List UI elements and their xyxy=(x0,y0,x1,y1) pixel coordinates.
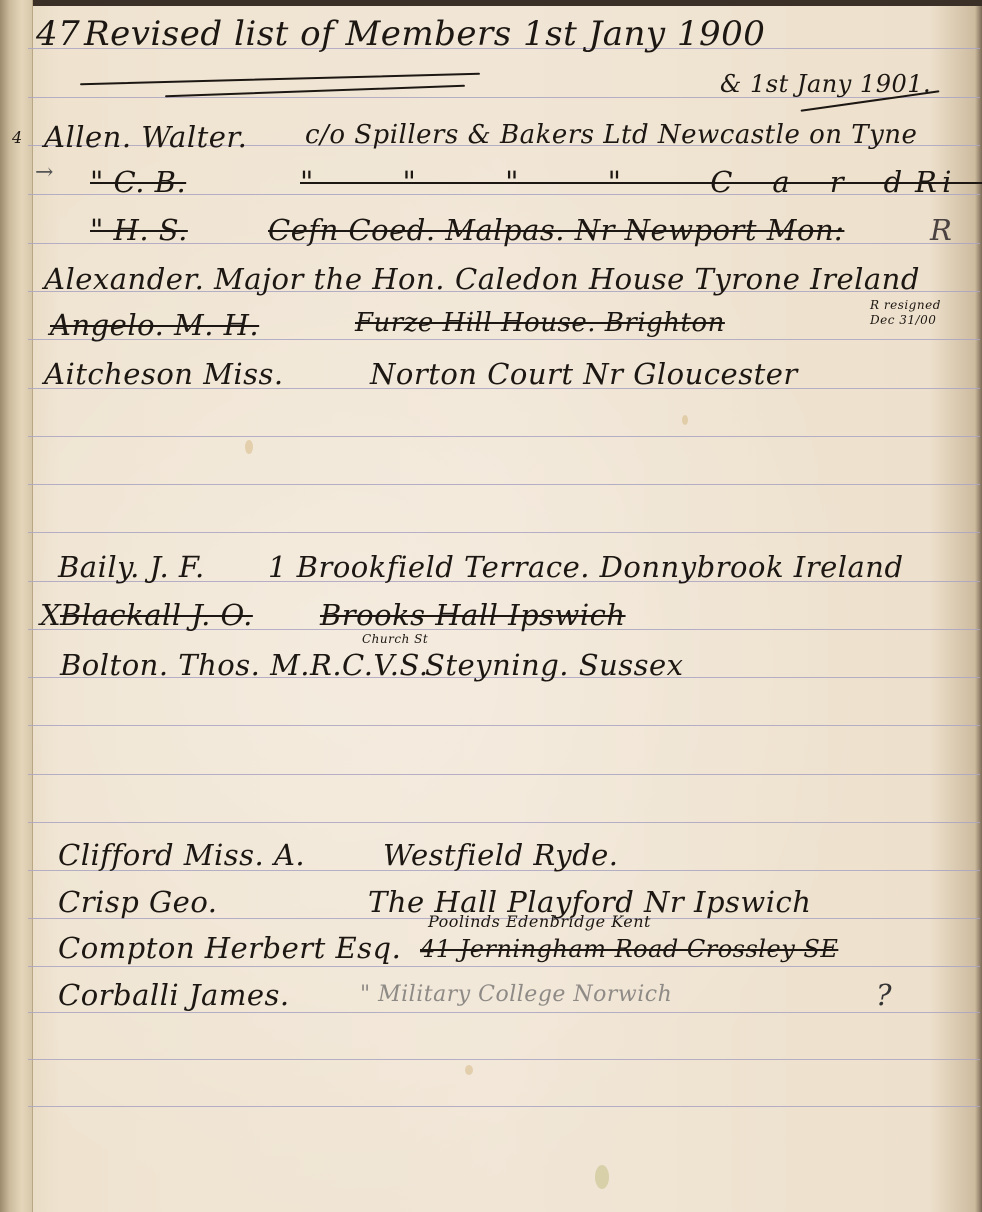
entry-note: R xyxy=(930,213,952,247)
ruled-line xyxy=(28,484,980,485)
page-title: Revised list of Members 1st Jany 1900 xyxy=(84,14,765,54)
entry-insertion: Church St xyxy=(362,632,428,646)
entry-name: " C. B. xyxy=(90,165,186,199)
entry-name: Blackall J. O. xyxy=(60,598,253,632)
entry-address: Brooks Hall Ipswich xyxy=(320,598,626,632)
paper-stain xyxy=(595,1165,609,1189)
page-number: 47 xyxy=(36,14,80,54)
ruled-line xyxy=(28,822,980,823)
entry-name: Crisp Geo. xyxy=(58,885,218,919)
entry-name: Compton Herbert Esq. xyxy=(58,931,401,965)
entry-address: Steyning. Sussex xyxy=(425,648,684,682)
entry-address: Caledon House Tyrone Ireland xyxy=(455,262,920,296)
entry-address: Furze Hill House. Brighton xyxy=(355,308,725,338)
entry-address: " " " " Cardiff xyxy=(300,165,860,199)
title-flourish xyxy=(80,73,480,85)
paper-stain xyxy=(245,440,253,454)
page-top-edge xyxy=(0,0,982,6)
entry-name: Angelo. M. H. xyxy=(50,308,259,342)
binding-edge xyxy=(0,0,33,1212)
entry-name: Allen. Walter. xyxy=(44,120,247,154)
entry-name: Clifford Miss. A. xyxy=(58,838,305,872)
entry-name: Corballi James. xyxy=(58,978,290,1012)
entry-name: Bolton. Thos. M.R.C.V.S. xyxy=(60,648,429,682)
entry-address-pencil: " Military College Norwich xyxy=(360,982,672,1007)
ledger-page: 47 Revised list of Members 1st Jany 1900… xyxy=(0,0,982,1212)
entry-address: Cefn Coed. Malpas. Nr Newport Mon: xyxy=(268,213,844,247)
entry-address: 1 Brookfield Terrace. Donnybrook Ireland xyxy=(268,550,904,584)
entry-note: R xyxy=(915,165,937,199)
entry-name: Alexander. Major the Hon. xyxy=(44,262,445,296)
entry-address: Westfield Ryde. xyxy=(383,838,619,872)
ruled-line xyxy=(28,966,980,967)
ruled-line xyxy=(28,436,980,437)
ruled-line xyxy=(28,1012,980,1013)
ruled-line xyxy=(28,725,980,726)
strike-mark: X xyxy=(40,598,61,632)
entry-address: 41 Jerningham Road Crossley SE xyxy=(420,935,838,963)
entry-name: Baily. J. F. xyxy=(58,550,205,584)
paper-stain xyxy=(682,415,688,425)
title-addendum: & 1st Jany 1901. xyxy=(720,70,931,98)
ruled-line xyxy=(28,532,980,533)
paper-stain xyxy=(465,1065,473,1075)
entry-name: " H. S. xyxy=(90,213,188,247)
entry-note: ? xyxy=(876,978,892,1012)
entry-insertion: Poolinds Edenbridge Kent xyxy=(428,912,651,931)
arrow-icon: → xyxy=(35,160,54,185)
ruled-line xyxy=(28,1059,980,1060)
margin-mark: 4 xyxy=(12,128,23,147)
entry-name: Aitcheson Miss. xyxy=(44,357,284,391)
entry-note: R resigned Dec 31/00 xyxy=(870,298,970,328)
title-flourish xyxy=(165,85,465,97)
entry-address: c/o Spillers & Bakers Ltd Newcastle on T… xyxy=(305,120,917,150)
entry-address: Norton Court Nr Gloucester xyxy=(370,357,798,391)
ruled-line xyxy=(28,1106,980,1107)
ruled-line xyxy=(28,774,980,775)
